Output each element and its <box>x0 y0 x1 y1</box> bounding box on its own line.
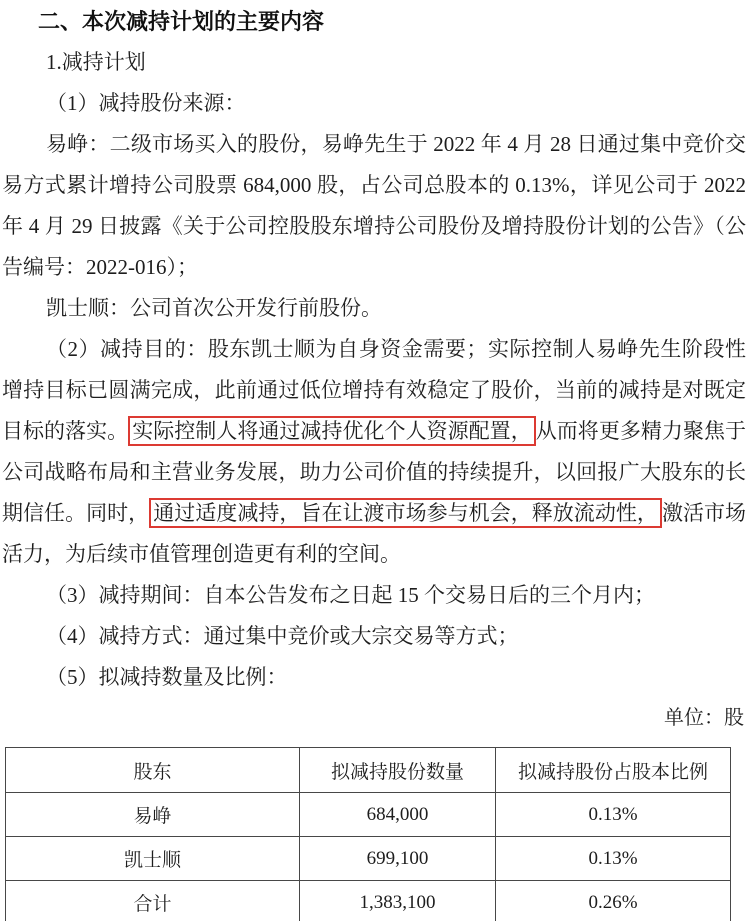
highlight-box-2: 通过适度减持，旨在让渡市场参与机会，释放流动性， <box>149 498 662 528</box>
unit-label: 单位：股 <box>2 698 746 739</box>
announcement-page: 二、本次减持计划的主要内容 1.减持计划 （1）减持股份来源： 易峥：二级市场买… <box>0 0 748 921</box>
paragraph-kaishishun-source: 凯士顺：公司首次公开发行前股份。 <box>2 288 746 329</box>
cell-ratio: 0.13% <box>496 793 731 837</box>
cell-quantity: 1,383,100 <box>300 881 496 921</box>
paragraph-reduction-purpose: （2）减持目的：股东凯士顺为自身资金需要；实际控制人易峥先生阶段性增持目标已圆满… <box>2 329 746 575</box>
cell-ratio: 0.26% <box>496 881 731 921</box>
header-share-quantity: 拟减持股份数量 <box>300 748 496 793</box>
cell-shareholder: 易峥 <box>6 793 300 837</box>
cell-ratio: 0.13% <box>496 837 731 881</box>
table-row-yizheng: 易峥 684,000 0.13% <box>6 793 731 837</box>
cell-quantity: 684,000 <box>300 793 496 837</box>
cell-shareholder: 凯士顺 <box>6 837 300 881</box>
item-reduction-period: （3）减持期间：自本公告发布之日起 15 个交易日后的三个月内； <box>2 575 746 616</box>
table-row-kaishishun: 凯士顺 699,100 0.13% <box>6 837 731 881</box>
item-reduction-method: （4）减持方式：通过集中竞价或大宗交易等方式； <box>2 616 746 657</box>
header-shareholder: 股东 <box>6 748 300 793</box>
paragraph-yizheng-source: 易峥：二级市场买入的股份，易峥先生于 2022 年 4 月 28 日通过集中竞价… <box>2 124 746 288</box>
table-header-row: 股东 拟减持股份数量 拟减持股份占股本比例 <box>6 748 731 793</box>
header-share-ratio: 拟减持股份占股本比例 <box>496 748 731 793</box>
item-reduction-quantity: （5）拟减持数量及比例： <box>2 657 746 698</box>
cell-quantity: 699,100 <box>300 837 496 881</box>
cell-shareholder: 合计 <box>6 881 300 921</box>
highlight-box-1: 实际控制人将通过减持优化个人资源配置， <box>128 416 536 446</box>
plan-title: 1.减持计划 <box>2 42 746 83</box>
table-row-total: 合计 1,383,100 0.26% <box>6 881 731 921</box>
item-share-source-label: （1）减持股份来源： <box>2 83 746 124</box>
reduction-table: 股东 拟减持股份数量 拟减持股份占股本比例 易峥 684,000 0.13% 凯… <box>5 747 731 921</box>
section-heading: 二、本次减持计划的主要内容 <box>2 5 746 39</box>
